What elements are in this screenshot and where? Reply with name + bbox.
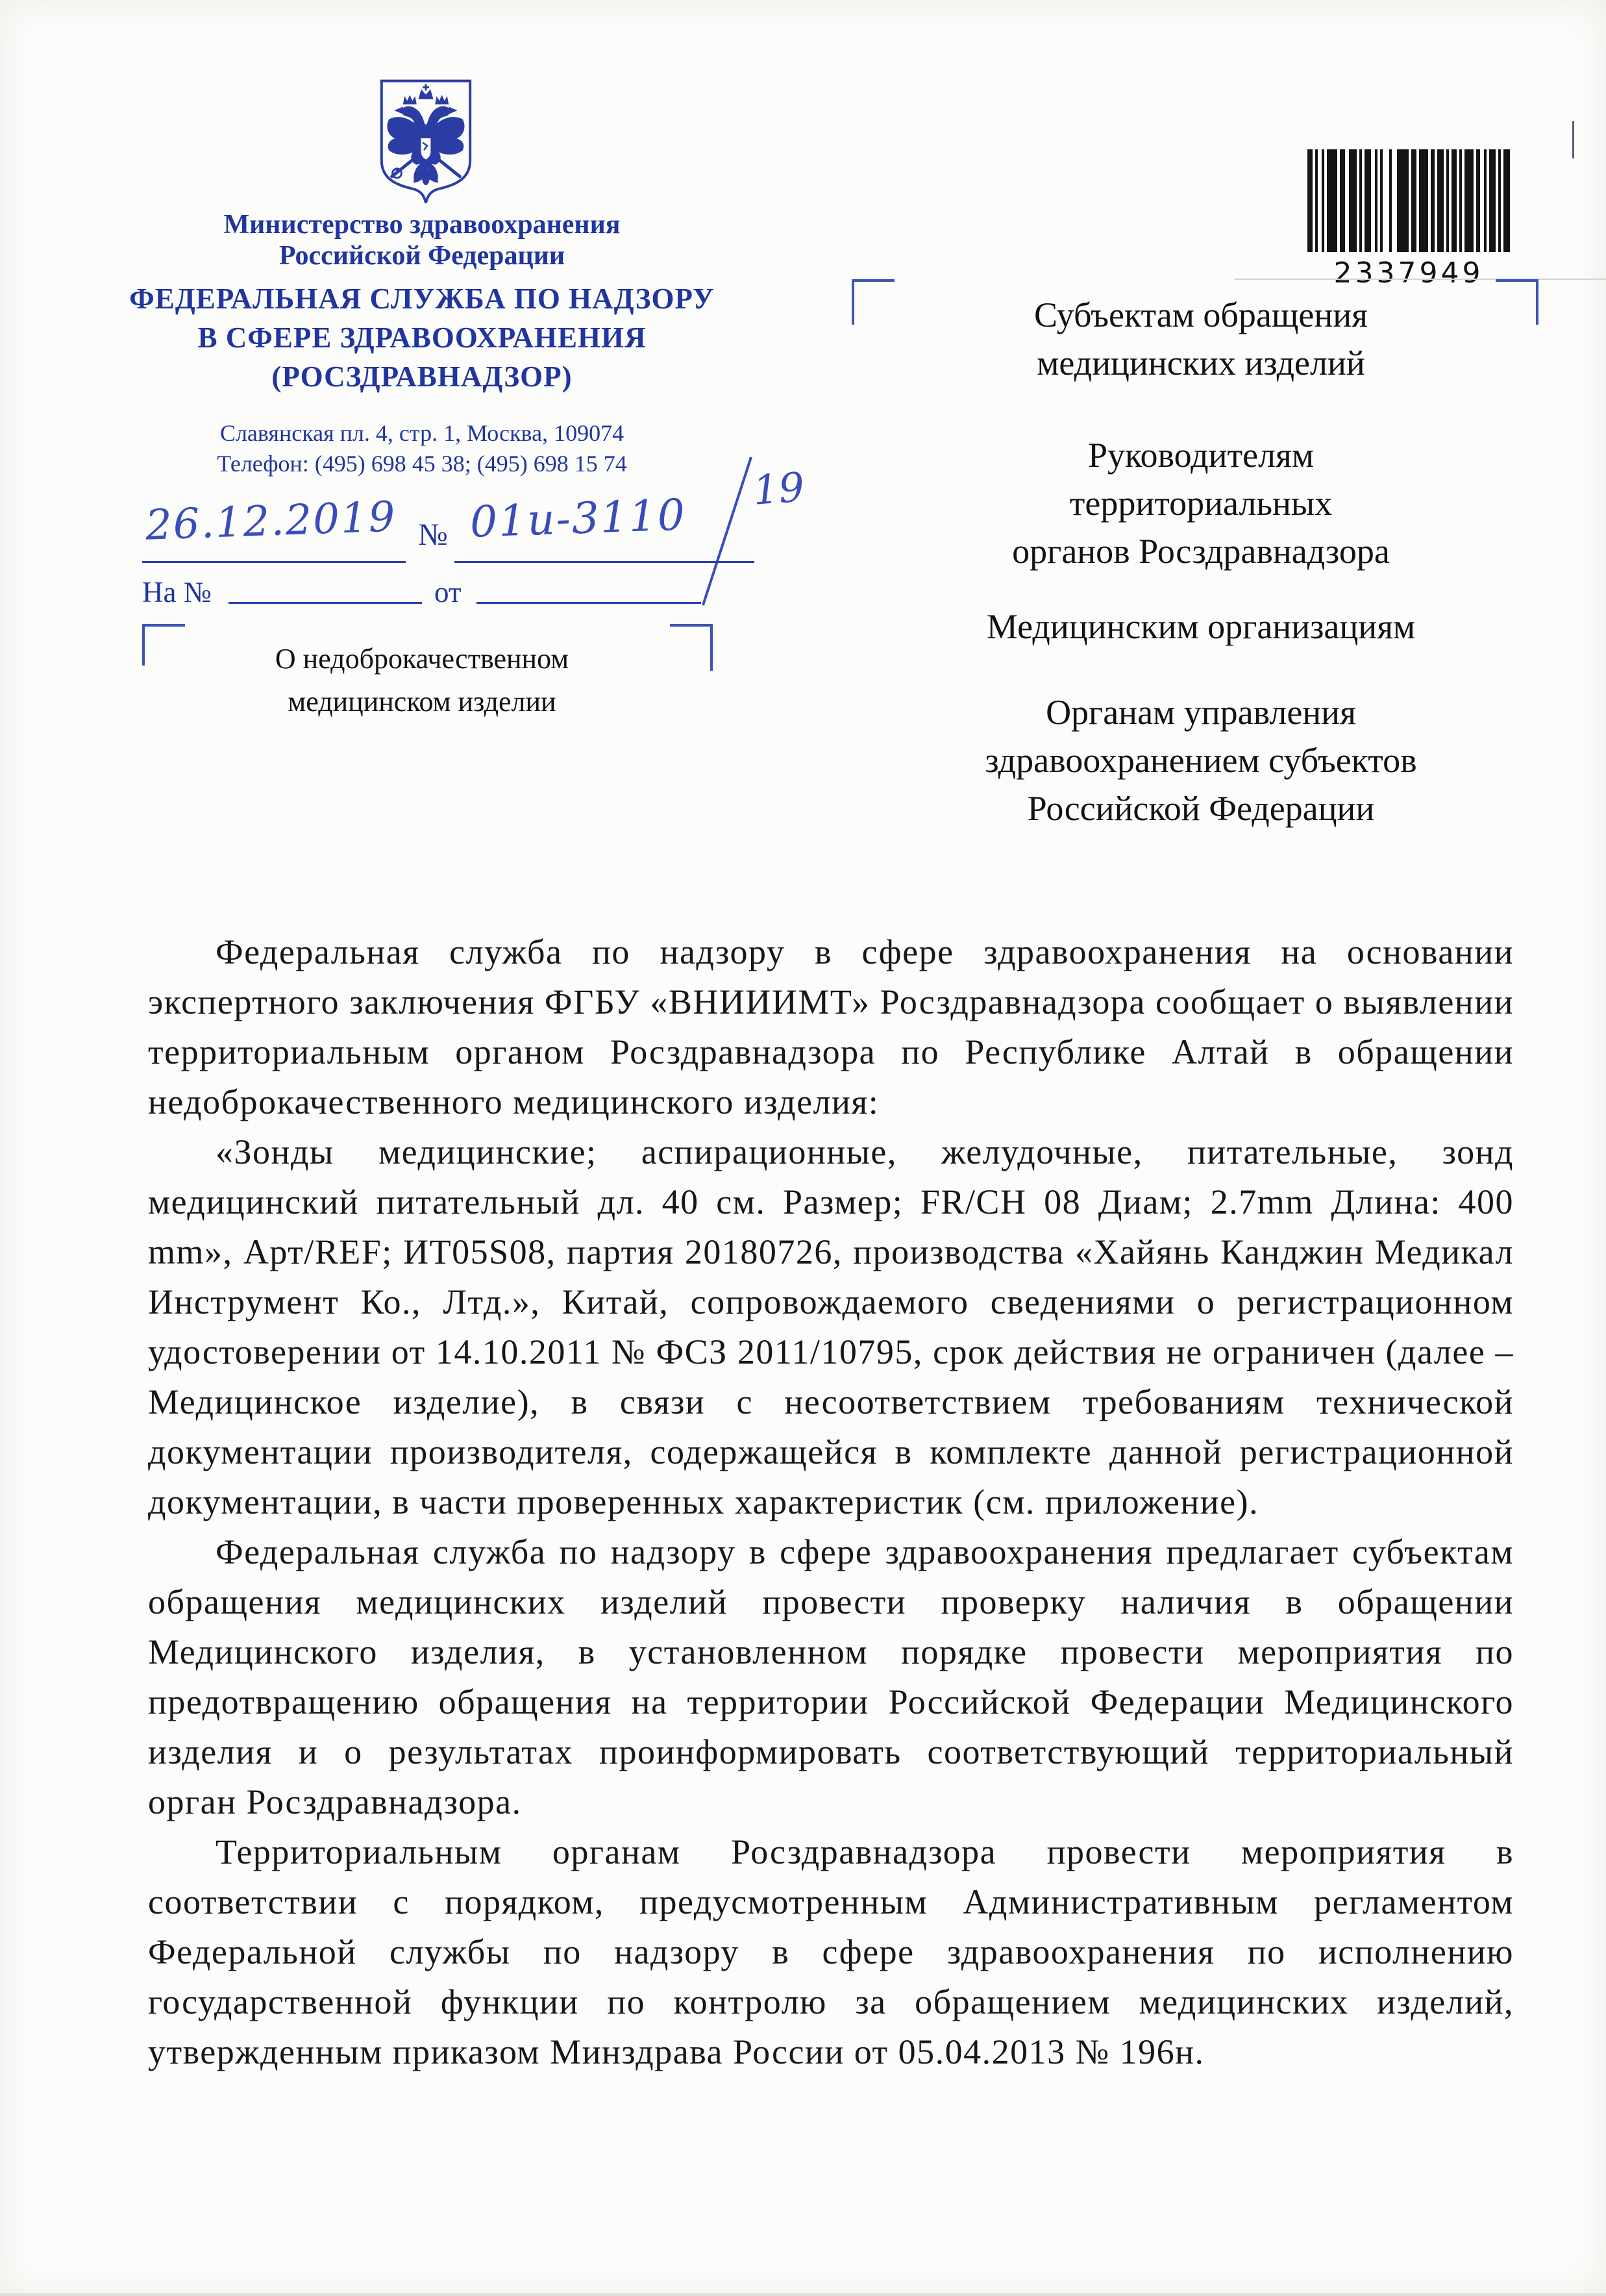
number-underline: [454, 561, 754, 563]
subject-block: О недоброкачественном медицинском издели…: [195, 638, 649, 723]
body-paragraph-1: Федеральная служба по надзору в сфере зд…: [148, 927, 1514, 1127]
letter-body: Федеральная служба по надзору в сфере зд…: [148, 927, 1514, 2077]
sender-address: Славянская пл. 4, стр. 1, Москва, 109074: [123, 418, 721, 449]
recipients-block: Субъектам обращения медицинских изделий …: [870, 291, 1532, 832]
recipient-line: медицинских изделий: [870, 339, 1532, 387]
scan-bottom-edge: [0, 2293, 1606, 2296]
reply-date-blank: [476, 602, 701, 604]
registration-barcode: 2337949: [1306, 149, 1511, 290]
recipient-group-medical-organizations: Медицинским организациям: [870, 603, 1532, 651]
recipient-line: здравоохранением субъектов: [870, 736, 1532, 784]
recipient-line: органов Росздравнадзора: [870, 527, 1532, 575]
recipient-line: Руководителям: [870, 431, 1532, 479]
scanned-letter-page: Министерство здравоохранения Российской …: [0, 0, 1606, 2296]
sender-header: Министерство здравоохранения Российской …: [123, 209, 721, 479]
subject-line1: О недоброкачественном: [195, 638, 649, 680]
handwritten-number: 01и-3110: [469, 490, 687, 547]
reply-number-blank: [229, 602, 422, 604]
service-name-line2: В СФЕРЕ ЗДРАВООХРАНЕНИЯ: [123, 318, 721, 357]
recipient-line: Российской Федерации: [870, 784, 1532, 832]
barcode-icon: [1307, 149, 1510, 252]
reply-to-label: На №: [142, 575, 212, 609]
ministry-name-line1: Министерство здравоохранения: [123, 209, 721, 240]
service-name-line3: (РОСЗДРАВНАДЗОР): [123, 357, 721, 396]
recipient-group-subjects: Субъектам обращения медицинских изделий: [870, 291, 1532, 387]
sender-phone: Телефон: (495) 698 45 38; (495) 698 15 7…: [123, 449, 721, 479]
double-headed-eagle-icon: [371, 75, 480, 208]
page-corner-mark: [1572, 121, 1574, 158]
recipient-line: Субъектам обращения: [870, 291, 1532, 339]
body-paragraph-4: Территориальным органам Росздравнадзора …: [148, 1827, 1514, 2077]
corner-mark-subject-left: [142, 624, 185, 666]
service-name-line1: ФЕДЕРАЛЬНАЯ СЛУЖБА ПО НАДЗОРУ: [123, 279, 721, 318]
recipient-line: Органам управления: [870, 688, 1532, 736]
body-paragraph-3: Федеральная служба по надзору в сфере зд…: [148, 1527, 1514, 1827]
recipient-line: территориальных: [870, 479, 1532, 527]
number-sign: №: [418, 517, 448, 553]
date-underline: [142, 561, 406, 563]
ministry-name-line2: Российской Федерации: [123, 240, 721, 271]
reply-from-label: от: [434, 575, 462, 609]
handwritten-number-suffix: 19: [752, 463, 806, 514]
handwritten-date: 26.12.2019: [145, 493, 397, 549]
corner-mark-subject-right: [670, 624, 713, 671]
scan-artifact-line: [1235, 279, 1606, 280]
barcode-number: 2337949: [1306, 256, 1511, 290]
recipient-group-territorial-heads: Руководителям территориальных органов Ро…: [870, 431, 1532, 575]
recipient-group-health-authorities: Органам управления здравоохранением субъ…: [870, 688, 1532, 832]
subject-line2: медицинском изделии: [195, 680, 649, 723]
body-paragraph-2: «Зонды медицинские; аспирационные, желуд…: [148, 1127, 1514, 1527]
recipient-line: Медицинским организациям: [870, 603, 1532, 651]
coat-of-arms-emblem: [371, 75, 480, 208]
